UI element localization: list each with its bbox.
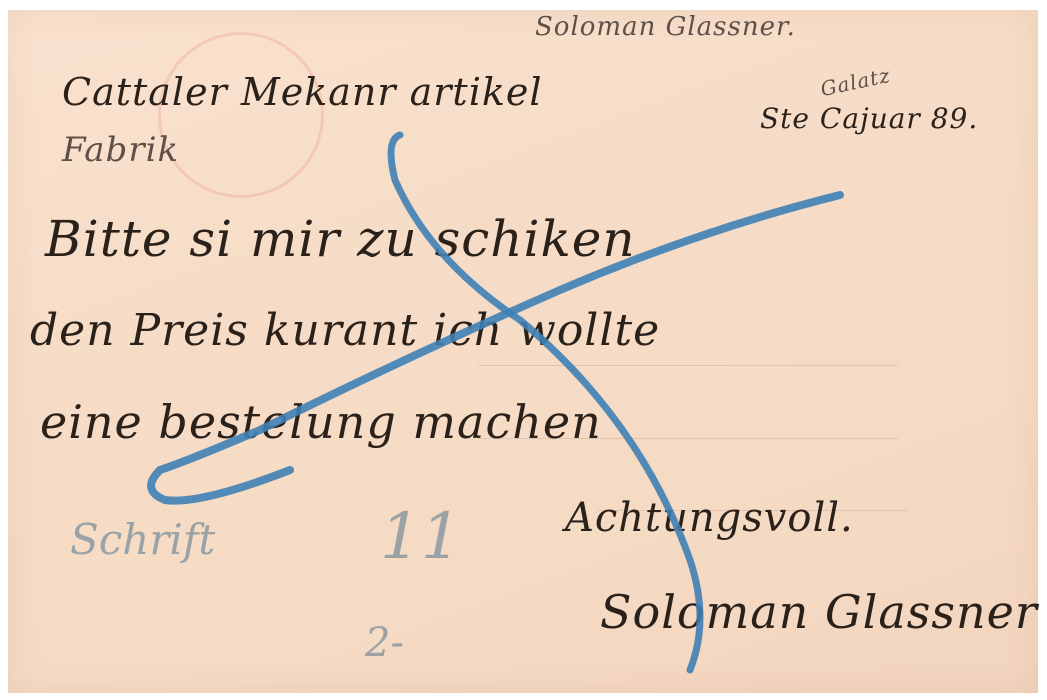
blue-crayon-x-mark-icon xyxy=(0,0,1047,700)
